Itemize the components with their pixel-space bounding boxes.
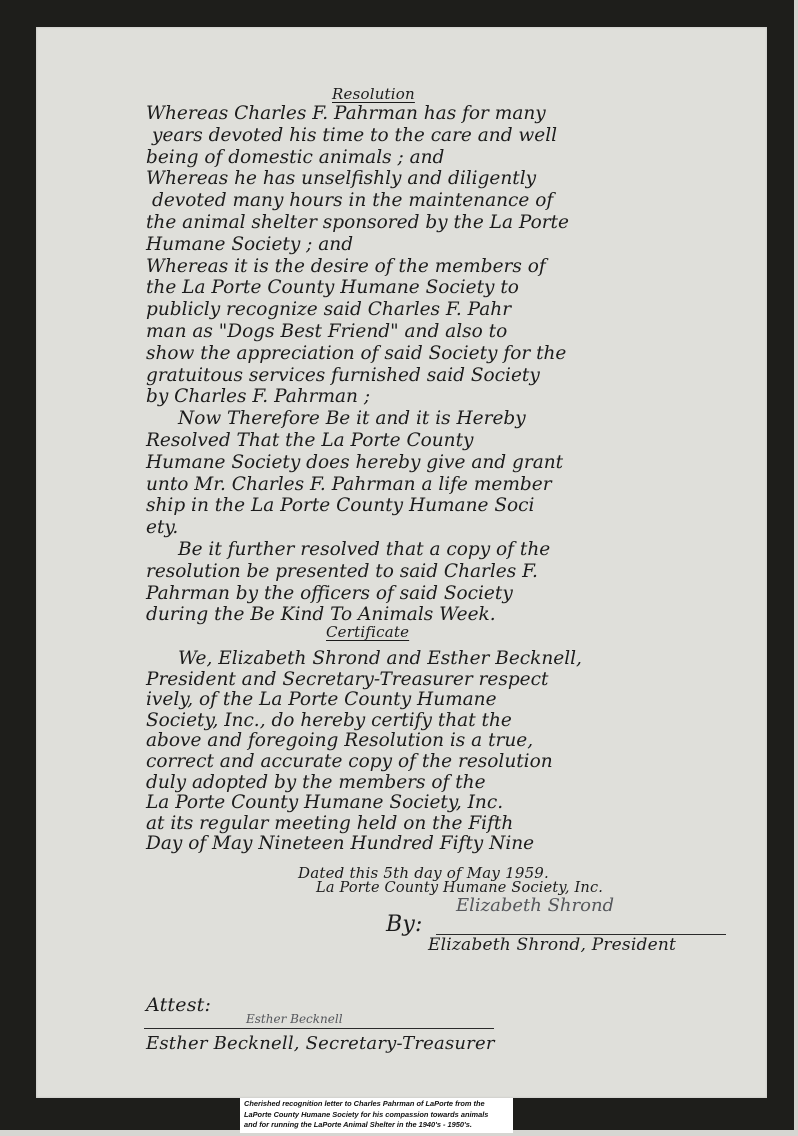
resolution-line: ety. [146,517,569,539]
resolution-line: ship in the La Porte County Humane Soci [146,495,569,517]
resolution-body: Whereas Charles F. Pahrman has for many … [146,103,569,626]
resolution-line: the La Porte County Humane Society to [146,277,569,299]
secretary-handwritten-signature: Esther Becknell [246,1012,343,1026]
secretary-printed-name: Esther Becknell, Secretary-Treasurer [146,1033,495,1054]
resolution-line: Humane Society does hereby give and gran… [146,452,569,474]
resolution-line: man as "Dogs Best Friend" and also to [146,321,569,343]
resolution-line: Whereas it is the desire of the members … [146,256,569,278]
resolution-line: Whereas he has unselfishly and diligentl… [146,168,569,190]
resolution-line: publicly recognize said Charles F. Pahr [146,299,569,321]
resolution-line: Humane Society ; and [146,234,569,256]
caption-line: LaPorte County Humane Society for his co… [244,1110,509,1121]
resolution-line: by Charles F. Pahrman ; [146,386,569,408]
resolution-line: show the appreciation of said Society fo… [146,343,569,365]
certificate-line: La Porte County Humane Society, Inc. [146,793,582,814]
certificate-line: duly adopted by the members of the [146,773,582,794]
photo-caption: Cherished recognition letter to Charles … [240,1098,513,1133]
resolution-line: Resolved That the La Porte County [146,430,569,452]
president-handwritten-signature: Elizabeth Shrond [456,895,614,916]
attest-label: Attest: [146,994,211,1016]
president-printed-name: Elizabeth Shrond, President [428,935,676,955]
attest-signature-line [144,1028,494,1029]
resolution-line: resolution be presented to said Charles … [146,561,569,583]
resolution-line: Pahrman by the officers of said Society [146,583,569,605]
organization-line: La Porte County Humane Society, Inc. [316,880,603,896]
resolution-line: being of domestic animals ; and [146,147,569,169]
caption-line: Cherished recognition letter to Charles … [244,1099,509,1110]
resolution-line: years devoted his time to the care and w… [146,125,569,147]
resolution-line: unto Mr. Charles F. Pahrman a life membe… [146,474,569,496]
document-paper: Resolution Whereas Charles F. Pahrman ha… [36,27,767,1098]
certificate-line: correct and accurate copy of the resolut… [146,752,582,773]
resolution-line: Now Therefore Be it and it is Hereby [146,408,569,430]
certificate-line: above and foregoing Resolution is a true… [146,731,582,752]
certificate-line: ively, of the La Porte County Humane [146,690,582,711]
resolution-line: the animal shelter sponsored by the La P… [146,212,569,234]
certificate-line: Day of May Nineteen Hundred Fifty Nine [146,834,582,855]
caption-line: and for running the LaPorte Animal Shelt… [244,1120,509,1131]
certificate-heading: Certificate [326,623,409,641]
certificate-body: We, Elizabeth Shrond and Esther Becknell… [146,649,582,855]
resolution-heading: Resolution [332,85,415,103]
resolution-line: gratuitous services furnished said Socie… [146,365,569,387]
certificate-line: at its regular meeting held on the Fifth [146,814,582,835]
scan-edge-right [794,0,798,1136]
certificate-line: Society, Inc., do hereby certify that th… [146,711,582,732]
by-label: By: [386,912,423,937]
certificate-line: President and Secretary-Treasurer respec… [146,670,582,691]
resolution-line: devoted many hours in the maintenance of [146,190,569,212]
resolution-line: Be it further resolved that a copy of th… [146,539,569,561]
resolution-line: Whereas Charles F. Pahrman has for many [146,103,569,125]
certificate-line: We, Elizabeth Shrond and Esther Becknell… [146,649,582,670]
